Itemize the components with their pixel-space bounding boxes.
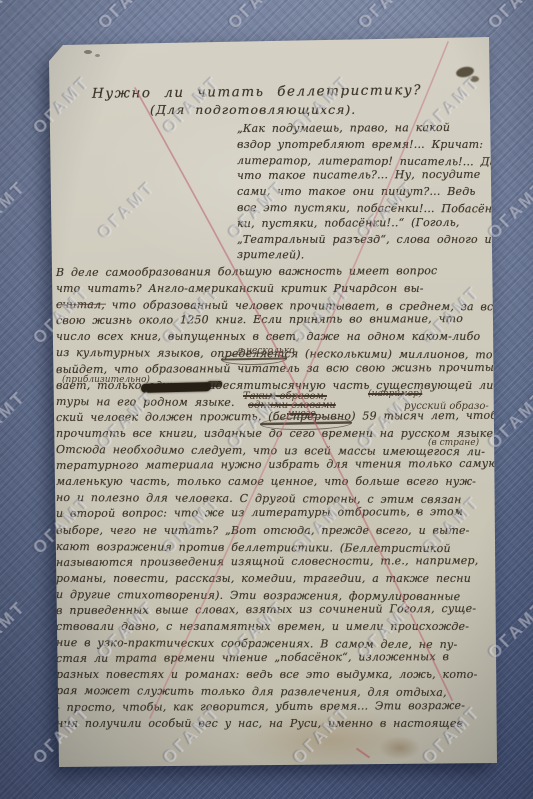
ink-blot: [207, 381, 222, 387]
epigraph-line: зрителей).: [237, 247, 498, 264]
epigraph-line: „Как подумаешь, право, на какой: [237, 120, 498, 137]
ink-strikethrough-text: (например): [368, 389, 422, 399]
manuscript-subtitle: (Для подготовляющихся).: [150, 102, 356, 117]
epigraph-line: сами, что такое они пишут?... Ведь: [237, 184, 498, 200]
epigraph-line: что такое писатель?... Ну, посудите: [237, 167, 498, 184]
manuscript-line: В деле самообразования большую важность …: [56, 263, 529, 281]
manuscript-line: в приведенных выше словах, взятых из соч…: [56, 601, 529, 619]
manuscript-line: что читать? Англо-американский критик Ри…: [56, 281, 529, 297]
paper-nick: [84, 50, 92, 54]
manuscript-line: - просто, чтобы, как говорится, убить вр…: [56, 697, 529, 715]
manuscript-line: романы, повести, рассказы, комедии, траг…: [56, 571, 529, 587]
epigraph-line: „Театральный разъезд“, слова одного из: [237, 232, 498, 248]
manuscript-line: маленькую часть, только самое ценное, чт…: [56, 474, 529, 490]
manuscript-line: тературного материала нужно избрать для …: [56, 456, 529, 474]
ink-insertion: (в стране): [428, 438, 479, 448]
ink-blot: [141, 382, 211, 393]
body-text-block: В деле самообразования большую важность …: [56, 265, 529, 732]
epigraph-line: ки, пустяки, побасёнки!..“ (Гоголь,: [237, 215, 498, 232]
manuscript-line: разных повестях и романах: ведь все это …: [56, 667, 529, 683]
manuscript-line: ствовали давно, с незапамятных времен, и…: [56, 619, 529, 635]
manuscript-paper: Нужно ли читать беллетристику? (Для подг…: [0, 0, 533, 799]
ink-smudge: [470, 76, 479, 82]
red-pencil-dash: [356, 748, 370, 759]
paper-shadow: Нужно ли читать беллетристику? (Для подг…: [0, 0, 533, 799]
manuscript-line: число всех книг, выпущенных в свет, даже…: [56, 329, 529, 345]
ink-insertion: русский образо-: [404, 401, 489, 412]
manuscript-line: и второй вопрос: что же из литературы от…: [56, 504, 529, 522]
manuscript-line: выборе, чего не читать? „Вот отсюда, пре…: [56, 523, 529, 539]
epigraph-block: „Как подумаешь, право, на какойвздор упо…: [237, 121, 498, 263]
manuscript-line: свою жизнь около 1250 книг. Если принять…: [56, 311, 529, 329]
paper-nick: [95, 54, 100, 57]
manuscript-line: называются произведения изящной словесно…: [56, 552, 529, 570]
manuscript-title: Нужно ли читать беллетристику?: [92, 82, 422, 101]
manuscript-line: стая ли трата времени чтение „побасёнок“…: [56, 649, 529, 667]
ink-insertion: (приблизительно): [62, 375, 150, 385]
manuscript-line: ния получили особый вес у нас, на Руси, …: [56, 716, 529, 732]
epigraph-line: вздор употребляют время!... Кричат:: [237, 137, 498, 153]
archive-photo: Нужно ли читать беллетристику? (Для подг…: [0, 0, 533, 799]
